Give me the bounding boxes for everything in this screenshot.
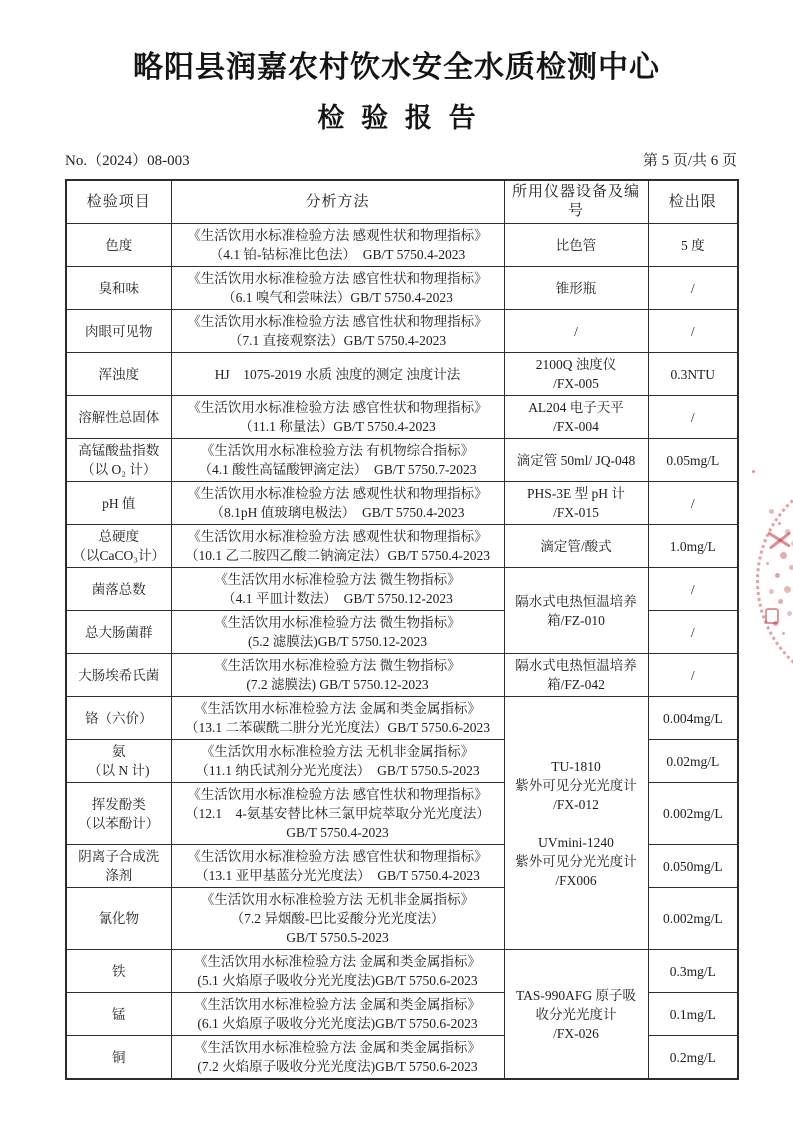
seal-speckles [752,470,755,473]
limit-cell: / [648,396,738,439]
instrument-cell-line: 收分光光度计 [508,1005,645,1024]
method-cell: 《生活饮用水标准检验方法 无机非金属指标》（7.2 异烟酸-巴比妥酸分光光度法）… [171,888,504,950]
method-cell: 《生活饮用水标准检验方法 感官性状和物理指标》（6.1 嗅气和尝味法）GB/T … [171,267,504,310]
item-cell-line: （以 N 计) [70,761,168,780]
instrument-cell: TU-1810紫外可见分光光度计/FX-012UVmini-1240紫外可见分光… [504,697,648,950]
table-header-row: 检验项目 分析方法 所用仪器设备及编号 检出限 [66,180,738,224]
method-cell-line: 《生活饮用水标准检验方法 金属和类金属指标》 [175,1038,501,1057]
seal-arc [756,470,793,692]
method-cell-line: 《生活饮用水标准检验方法 感官性状和物理指标》 [175,847,501,866]
method-cell-line: (5.1 火焰原子吸收分光光度法)GB/T 5750.6-2023 [175,971,501,990]
report-title: 检验报告 [0,96,793,135]
method-cell-line: （10.1 乙二胺四乙酸二钠滴定法）GB/T 5750.4-2023 [175,546,501,565]
column-header-item: 检验项目 [66,180,171,224]
seal-mark [767,531,791,547]
method-cell: 《生活饮用水标准检验方法 微生物指标》(7.2 滤膜法) GB/T 5750.1… [171,654,504,697]
limit-cell: 0.004mg/L [648,697,738,740]
method-cell: 《生活饮用水标准检验方法 微生物指标》(5.2 滤膜法)GB/T 5750.12… [171,611,504,654]
org-name: 略阳县润嘉农村饮水安全水质检测中心 [0,0,793,86]
limit-cell: 0.1mg/L [648,993,738,1036]
column-header-limit: 检出限 [648,180,738,224]
item-cell-line: 铬（六价） [70,709,168,728]
method-cell-line: 《生活饮用水标准检验方法 感观性状和物理指标》 [175,226,501,245]
method-cell-line: 《生活饮用水标准检验方法 有机物综合指标》 [175,441,501,460]
limit-cell: / [648,482,738,525]
instrument-cell: 锥形瓶 [504,267,648,310]
method-cell: 《生活饮用水标准检验方法 金属和类金属指标》(5.1 火焰原子吸收分光光度法)G… [171,950,504,993]
instrument-cell-line: PHS-3E 型 pH 计 [508,484,645,503]
item-cell: 锰 [66,993,171,1036]
report-number: No.（2024）08-003 [65,149,190,170]
table-row: 铁《生活饮用水标准检验方法 金属和类金属指标》(5.1 火焰原子吸收分光光度法)… [66,950,738,993]
item-cell: 氰化物 [66,888,171,950]
limit-cell: / [648,267,738,310]
method-cell-line: 《生活饮用水标准检验方法 金属和类金属指标》 [175,995,501,1014]
instrument-cell-line: 滴定管/酸式 [508,537,645,556]
method-cell-line: （13.1 二苯碳酰二肼分光光度法）GB/T 5750.6-2023 [175,718,501,737]
item-cell: 菌落总数 [66,568,171,611]
table-row: pH 值《生活饮用水标准检验方法 感观性状和物理指标》（8.1pH 值玻璃电极法… [66,482,738,525]
instrument-cell-line: /FX-012 [508,795,645,814]
item-cell: 铁 [66,950,171,993]
table-row: 菌落总数《生活饮用水标准检验方法 微生物指标》（4.1 平皿计数法） GB/T … [66,568,738,611]
limit-cell: 5 度 [648,224,738,267]
instrument-cell-line: 箱/FZ-042 [508,675,645,694]
seal-mark [765,608,779,624]
method-cell-line: （8.1pH 值玻璃电极法） GB/T 5750.4-2023 [175,503,501,522]
item-cell-line: 氨 [70,742,168,761]
method-cell-line: 《生活饮用水标准检验方法 感官性状和物理指标》 [175,269,501,288]
method-cell-line: 《生活饮用水标准检验方法 金属和类金属指标》 [175,699,501,718]
method-cell: 《生活饮用水标准检验方法 感官性状和物理指标》（13.1 亚甲基蓝分光光度法） … [171,845,504,888]
instrument-cell-line: / [508,322,645,341]
method-cell-line: 《生活饮用水标准检验方法 微生物指标》 [175,656,501,675]
instrument-cell: 滴定管/酸式 [504,525,648,568]
instrument-cell-line: /FX-004 [508,417,645,436]
item-cell-line: 涤剂 [70,866,168,885]
item-cell-line: 铜 [70,1048,168,1067]
item-cell-line: 色度 [70,236,168,255]
method-cell-line: 《生活饮用水标准检验方法 无机非金属指标》 [175,890,501,909]
method-cell-line: (7.2 火焰原子吸收分光光度法)GB/T 5750.6-2023 [175,1057,501,1076]
report-table-body: 色度《生活饮用水标准检验方法 感观性状和物理指标》（4.1 铂-钴标准比色法） … [66,224,738,1080]
instrument-cell-line: 隔水式电热恒温培养 [508,656,645,675]
limit-cell: 1.0mg/L [648,525,738,568]
seal-mark [769,531,791,549]
method-cell-line: HJ 1075-2019 水质 浊度的测定 浊度计法 [175,365,501,384]
method-cell: 《生活饮用水标准检验方法 感官性状和物理指标》（7.1 直接观察法）GB/T 5… [171,310,504,353]
instrument-cell-line: TAS-990AFG 原子吸 [508,986,645,1005]
item-cell-line: 总大肠菌群 [70,623,168,642]
instrument-cell-line: 紫外可见分光光度计 [508,776,645,795]
item-cell-line: 溶解性总固体 [70,408,168,427]
instrument-cell-line: AL204 电子天平 [508,398,645,417]
item-cell-line: 氰化物 [70,909,168,928]
item-cell-line: 大肠埃希氏菌 [70,666,168,685]
method-cell-line: 《生活饮用水标准检验方法 感观性状和物理指标》 [175,527,501,546]
instrument-cell: TAS-990AFG 原子吸收分光光度计/FX-026 [504,950,648,1080]
method-cell-line: 《生活饮用水标准检验方法 无机非金属指标》 [175,742,501,761]
method-cell-line: 《生活饮用水标准检验方法 微生物指标》 [175,570,501,589]
item-cell: 臭和味 [66,267,171,310]
limit-cell: / [648,654,738,697]
instrument-cell-line: /FX006 [508,871,645,890]
method-cell-line: 《生活饮用水标准检验方法 微生物指标》 [175,613,501,632]
item-cell-line: 浑浊度 [70,365,168,384]
instrument-cell-line: 隔水式电热恒温培养 [508,592,645,611]
limit-cell: 0.2mg/L [648,1036,738,1080]
table-row: 总硬度（以CaCO₃计）《生活饮用水标准检验方法 感观性状和物理指标》（10.1… [66,525,738,568]
instrument-cell-line: TU-1810 [508,757,645,776]
limit-cell: 0.050mg/L [648,845,738,888]
column-header-instrument: 所用仪器设备及编号 [504,180,648,224]
table-row: 肉眼可见物《生活饮用水标准检验方法 感官性状和物理指标》（7.1 直接观察法）G… [66,310,738,353]
item-cell-line: 肉眼可见物 [70,322,168,341]
instrument-cell: 比色管 [504,224,648,267]
instrument-cell-line: /FX-005 [508,374,645,393]
instrument-cell-line: /FX-026 [508,1024,645,1043]
item-cell-line: 锰 [70,1005,168,1024]
method-cell: 《生活饮用水标准检验方法 感观性状和物理指标》（8.1pH 值玻璃电极法） GB… [171,482,504,525]
method-cell: 《生活饮用水标准检验方法 金属和类金属指标》（13.1 二苯碳酰二肼分光光度法）… [171,697,504,740]
item-cell: 大肠埃希氏菌 [66,654,171,697]
item-cell-line: 铁 [70,962,168,981]
item-cell-line: 高锰酸盐指数 [70,441,168,460]
item-cell: 挥发酚类（以苯酚计） [66,783,171,845]
limit-cell: / [648,611,738,654]
instrument-cell-line: /FX-015 [508,503,645,522]
item-cell: 阴离子合成洗涤剂 [66,845,171,888]
method-cell-line: GB/T 5750.5-2023 [175,928,501,947]
method-cell-line: （7.2 异烟酸-巴比妥酸分光光度法） [175,909,501,928]
method-cell-line: （4.1 平皿计数法） GB/T 5750.12-2023 [175,589,501,608]
limit-cell: 0.02mg/L [648,740,738,783]
limit-cell: 0.002mg/L [648,888,738,950]
method-cell-line: (5.2 滤膜法)GB/T 5750.12-2023 [175,632,501,651]
method-cell: HJ 1075-2019 水质 浊度的测定 浊度计法 [171,353,504,396]
instrument-cell-line: 比色管 [508,236,645,255]
item-cell: 铬（六价） [66,697,171,740]
method-cell-line: （11.1 称量法）GB/T 5750.4-2023 [175,417,501,436]
method-cell-line: 《生活饮用水标准检验方法 感官性状和物理指标》 [175,312,501,331]
method-cell-line: (7.2 滤膜法) GB/T 5750.12-2023 [175,675,501,694]
method-cell: 《生活饮用水标准检验方法 金属和类金属指标》(7.2 火焰原子吸收分光光度法)G… [171,1036,504,1080]
method-cell-line: （4.1 铂-钴标准比色法） GB/T 5750.4-2023 [175,245,501,264]
instrument-cell: 滴定管 50ml/ JQ-048 [504,439,648,482]
limit-cell: 0.3mg/L [648,950,738,993]
table-row: 色度《生活饮用水标准检验方法 感观性状和物理指标》（4.1 铂-钴标准比色法） … [66,224,738,267]
page-indicator: 第 5 页/共 6 页 [643,149,737,170]
instrument-cell: 隔水式电热恒温培养箱/FZ-010 [504,568,648,654]
item-cell-line: 挥发酚类 [70,795,168,814]
item-cell: 氨（以 N 计) [66,740,171,783]
method-cell: 《生活饮用水标准检验方法 感观性状和物理指标》（10.1 乙二胺四乙酸二钠滴定法… [171,525,504,568]
item-cell: 总大肠菌群 [66,611,171,654]
method-cell: 《生活饮用水标准检验方法 微生物指标》（4.1 平皿计数法） GB/T 5750… [171,568,504,611]
instrument-cell-line: 紫外可见分光光度计 [508,852,645,871]
item-cell-line: pH 值 [70,494,168,513]
instrument-cell-line: 锥形瓶 [508,279,645,298]
method-cell: 《生活饮用水标准检验方法 金属和类金属指标》(6.1 火焰原子吸收分光光度法)G… [171,993,504,1036]
table-row: 溶解性总固体《生活饮用水标准检验方法 感官性状和物理指标》（11.1 称量法）G… [66,396,738,439]
official-seal-stamp [752,470,793,686]
method-cell-line: (6.1 火焰原子吸收分光光度法)GB/T 5750.6-2023 [175,1014,501,1033]
instrument-cell: AL204 电子天平/FX-004 [504,396,648,439]
item-cell: 浑浊度 [66,353,171,396]
instrument-cell-line: 箱/FZ-010 [508,611,645,630]
instrument-cell-line: 滴定管 50ml/ JQ-048 [508,451,645,470]
inspection-table: 检验项目 分析方法 所用仪器设备及编号 检出限 色度《生活饮用水标准检验方法 感… [65,179,739,1080]
instrument-cell: 2100Q 浊度仪/FX-005 [504,353,648,396]
item-cell-line: （以CaCO₃计） [70,546,168,565]
limit-cell: 0.05mg/L [648,439,738,482]
item-cell-line: 臭和味 [70,279,168,298]
method-cell-line: 《生活饮用水标准检验方法 感官性状和物理指标》 [175,785,501,804]
method-cell-line: （7.1 直接观察法）GB/T 5750.4-2023 [175,331,501,350]
instrument-cell: 隔水式电热恒温培养箱/FZ-042 [504,654,648,697]
item-cell: 色度 [66,224,171,267]
method-cell-line: GB/T 5750.4-2023 [175,823,501,842]
instrument-cell-line: UVmini-1240 [508,833,645,852]
instrument-cell-line [508,814,645,833]
table-row: 铬（六价）《生活饮用水标准检验方法 金属和类金属指标》（13.1 二苯碳酰二肼分… [66,697,738,740]
method-cell-line: （11.1 纳氏试剂分光光度法） GB/T 5750.5-2023 [175,761,501,780]
column-header-method: 分析方法 [171,180,504,224]
table-row: 臭和味《生活饮用水标准检验方法 感官性状和物理指标》（6.1 嗅气和尝味法）GB… [66,267,738,310]
item-cell-line: 阴离子合成洗 [70,847,168,866]
instrument-cell: / [504,310,648,353]
limit-cell: 0.002mg/L [648,783,738,845]
item-cell-line: （以 O₂ 计） [70,460,168,479]
method-cell: 《生活饮用水标准检验方法 感官性状和物理指标》（11.1 称量法）GB/T 57… [171,396,504,439]
item-cell: 高锰酸盐指数（以 O₂ 计） [66,439,171,482]
item-cell: 溶解性总固体 [66,396,171,439]
limit-cell: / [648,568,738,611]
method-cell-line: 《生活饮用水标准检验方法 感官性状和物理指标》 [175,398,501,417]
method-cell: 《生活饮用水标准检验方法 有机物综合指标》（4.1 酸性高锰酸钾滴定法） GB/… [171,439,504,482]
report-page: 略阳县润嘉农村饮水安全水质检测中心 检验报告 No.（2024）08-003 第… [0,0,793,1121]
table-row: 大肠埃希氏菌《生活饮用水标准检验方法 微生物指标》(7.2 滤膜法) GB/T … [66,654,738,697]
item-cell: 铜 [66,1036,171,1080]
table-row: 高锰酸盐指数（以 O₂ 计）《生活饮用水标准检验方法 有机物综合指标》（4.1 … [66,439,738,482]
item-cell-line: 菌落总数 [70,580,168,599]
item-cell: 总硬度（以CaCO₃计） [66,525,171,568]
limit-cell: / [648,310,738,353]
instrument-cell: PHS-3E 型 pH 计/FX-015 [504,482,648,525]
method-cell-line: （13.1 亚甲基蓝分光光度法） GB/T 5750.4-2023 [175,866,501,885]
method-cell-line: 《生活饮用水标准检验方法 金属和类金属指标》 [175,952,501,971]
method-cell: 《生活饮用水标准检验方法 无机非金属指标》（11.1 纳氏试剂分光光度法） GB… [171,740,504,783]
meta-row: No.（2024）08-003 第 5 页/共 6 页 [65,149,737,170]
method-cell-line: （6.1 嗅气和尝味法）GB/T 5750.4-2023 [175,288,501,307]
item-cell-line: 总硬度 [70,527,168,546]
method-cell: 《生活饮用水标准检验方法 感官性状和物理指标》（12.1 4-氨基安替比林三氯甲… [171,783,504,845]
item-cell: pH 值 [66,482,171,525]
limit-cell: 0.3NTU [648,353,738,396]
item-cell: 肉眼可见物 [66,310,171,353]
method-cell-line: （12.1 4-氨基安替比林三氯甲烷萃取分光光度法） [175,804,501,823]
table-row: 浑浊度HJ 1075-2019 水质 浊度的测定 浊度计法2100Q 浊度仪/F… [66,353,738,396]
item-cell-line: （以苯酚计） [70,814,168,833]
method-cell-line: （4.1 酸性高锰酸钾滴定法） GB/T 5750.7-2023 [175,460,501,479]
instrument-cell-line: 2100Q 浊度仪 [508,355,645,374]
method-cell-line: 《生活饮用水标准检验方法 感观性状和物理指标》 [175,484,501,503]
method-cell: 《生活饮用水标准检验方法 感观性状和物理指标》（4.1 铂-钴标准比色法） GB… [171,224,504,267]
